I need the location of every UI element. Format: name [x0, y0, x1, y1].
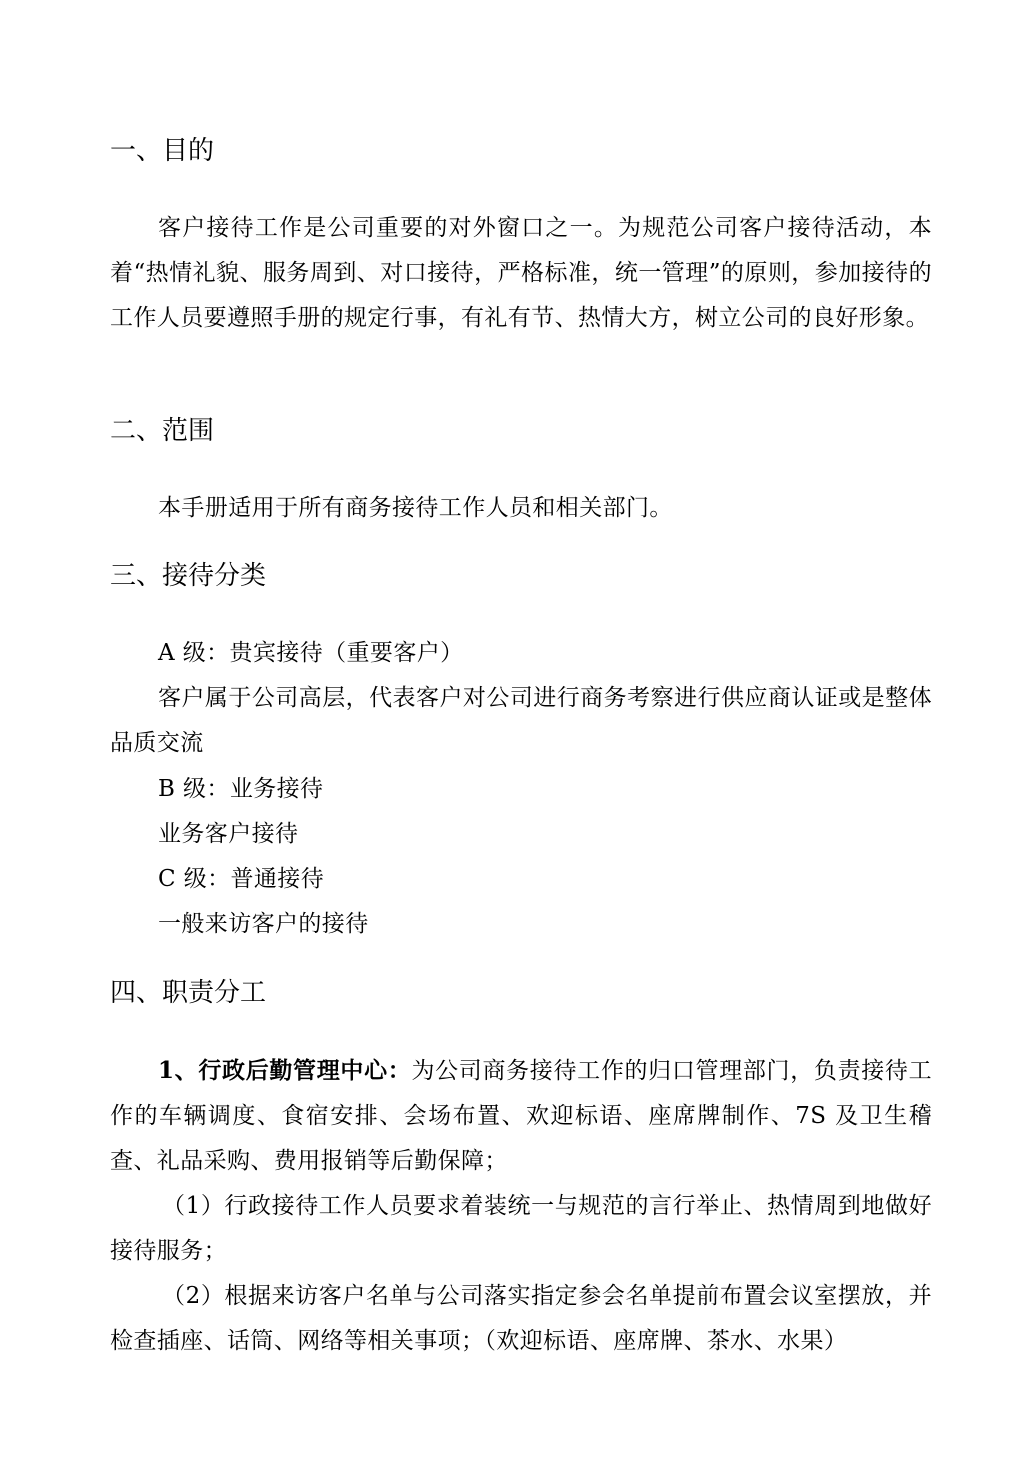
class-a-title: A 级：贵宾接待（重要客户）	[110, 631, 932, 676]
class-a-description: 客户属于公司高层，代表客户对公司进行商务考察进行供应商认证或是整体品质交流	[110, 676, 932, 766]
section-heading-classification: 三、接待分类	[110, 561, 266, 591]
responsibility-item-admin: 1、行政后勤管理中心：为公司商务接待工作的归口管理部门，负责接待工作的车辆调度、…	[110, 1048, 932, 1184]
class-c-title: C 级：普通接待	[110, 857, 932, 902]
purpose-paragraph: 客户接待工作是公司重要的对外窗口之一。为规范公司客户接待活动，本着“热情礼貌、服…	[110, 206, 932, 341]
admin-center-label: 1、行政后勤管理中心：	[158, 1057, 411, 1084]
section-heading-responsibilities: 四、职责分工	[110, 978, 266, 1008]
responsibility-subitem-2: （2）根据来访客户名单与公司落实指定参会名单提前布置会议室摆放，并检查插座、话筒…	[110, 1274, 932, 1364]
responsibility-subitem-1: （1）行政接待工作人员要求着装统一与规范的言行举止、热情周到地做好接待服务；	[110, 1184, 932, 1274]
class-c-description: 一般来访客户的接待	[110, 902, 932, 947]
scope-paragraph: 本手册适用于所有商务接待工作人员和相关部门。	[110, 486, 932, 531]
class-b-title: B 级：业务接待	[110, 767, 932, 812]
section-heading-scope: 二、范围	[110, 416, 214, 446]
class-b-description: 业务客户接待	[110, 812, 932, 857]
section-heading-purpose: 一、目的	[110, 136, 214, 166]
